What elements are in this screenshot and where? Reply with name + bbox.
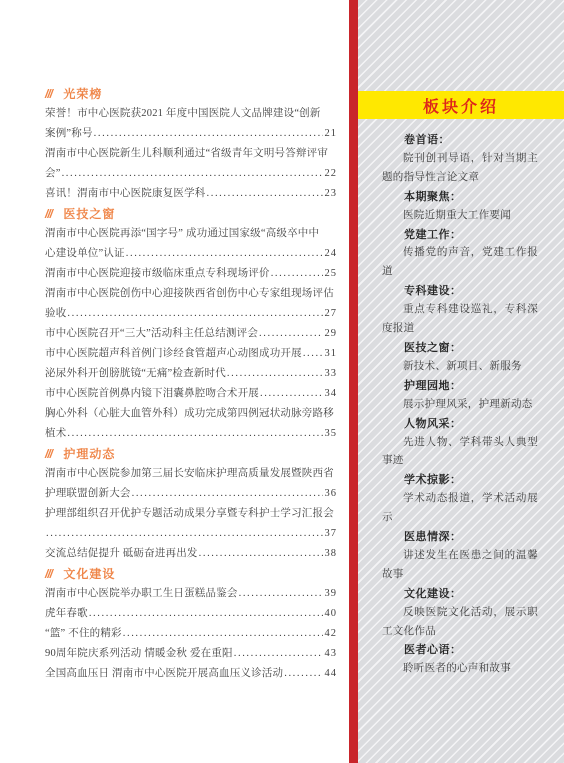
toc-dot-leader: ........................................…	[199, 544, 323, 564]
toc-section: /// 文化建设 渭南市中心医院举办职工生日蛋糕品鉴会 ............…	[45, 564, 337, 684]
toc-line-page: 44	[325, 664, 338, 684]
panel-item-title: 医技之窗：	[382, 339, 538, 358]
toc-section-lines: 渭南市中心医院举办职工生日蛋糕品鉴会 .....................…	[45, 584, 337, 684]
panel-item: 本期聚焦： 医院近期重大工作要闻	[382, 188, 538, 226]
toc-line: 90周年院庆系列活动 情暖金秋 爱在重阳 ...................…	[45, 644, 337, 664]
toc-line-page: 35	[325, 424, 338, 444]
toc-line: 渭南市中心医院参加第三届长安临床护理高质量发展暨陕西省	[45, 464, 337, 484]
toc-line-page: 42	[325, 624, 338, 644]
toc-line: 泌尿外科开创膀胱镜“无痛”检查新时代 .....................…	[45, 364, 337, 384]
toc-line-page: 29	[325, 324, 338, 344]
toc-dot-leader: ........................................…	[284, 664, 322, 684]
panel-item: 卷首语： 院刊创刊导语，针对当期主题的指导性言论文章	[382, 131, 538, 188]
toc-line-page: 25	[325, 264, 338, 284]
panel-item: 专科建设： 重点专科建设巡礼，专科深度报道	[382, 282, 538, 339]
panel-item-desc: 学术动态报道，学术活动展示	[382, 490, 538, 528]
toc-line: 护理联盟创新大会 ...............................…	[45, 484, 337, 504]
toc-line: 市中心医院召开“三大”活动科主任总结测评会 ..................…	[45, 324, 337, 344]
panel-item: 文化建设： 反映医院文化活动，展示职工文化作品	[382, 585, 538, 642]
toc-line: 渭南市中心医院再添“国字号” 成功通过国家级“高级卒中中	[45, 224, 337, 244]
toc-dot-leader: ........................................…	[67, 424, 322, 444]
toc-line-page: 22	[325, 164, 338, 184]
panel-item: 护理园地： 展示护理风采，护理新动态	[382, 377, 538, 415]
toc-line-text: 验收	[45, 304, 66, 324]
toc-section: /// 光荣榜 荣誉！市中心医院获2021 年度中国医院人文品牌建设“创新 案例…	[45, 84, 337, 204]
toc-dot-leader: ........................................…	[89, 604, 323, 624]
toc-line: 会” .....................................…	[45, 164, 337, 184]
toc-dot-leader: ........................................…	[46, 524, 323, 544]
toc-line: 渭南市中心医院创伤中心迎接陕西省创伤中心专家组现场评估	[45, 284, 337, 304]
toc-line-text: 案例”称号	[45, 124, 93, 144]
panel-item-desc: 聆听医者的心声和故事	[382, 660, 538, 679]
toc-dot-leader: ........................................…	[271, 264, 323, 284]
toc-section-header: /// 护理动态	[45, 444, 337, 464]
toc-line-page: 38	[325, 544, 338, 564]
toc-dot-leader: ........................................…	[67, 304, 322, 324]
toc-dot-leader: ........................................…	[94, 124, 323, 144]
panel-item: 医患情深： 讲述发生在医患之间的温馨故事	[382, 528, 538, 585]
panel-item-desc: 传播党的声音，党建工作报道	[382, 244, 538, 282]
toc-line-text: 渭南市中心医院参加第三届长安临床护理高质量发展暨陕西省	[45, 464, 334, 484]
toc-line-page: 39	[325, 584, 338, 604]
toc-section-header: /// 文化建设	[45, 564, 337, 584]
panel-item: 医技之窗： 新技术、新项目、新服务	[382, 339, 538, 377]
toc-line-text: 护理联盟创新大会	[45, 484, 131, 504]
panel-item-title: 医患情深：	[382, 528, 538, 547]
panel-item-title: 专科建设：	[382, 282, 538, 301]
panel-item-desc: 展示护理风采，护理新动态	[382, 396, 538, 415]
toc-section: /// 医技之窗 渭南市中心医院再添“国字号” 成功通过国家级“高级卒中中 心建…	[45, 204, 337, 444]
triple-slash-icon: ///	[45, 567, 52, 581]
toc-section-title: 护理动态	[63, 447, 115, 461]
toc-line-text: 虎年春歌	[45, 604, 88, 624]
toc-line-text: 渭南市中心医院创伤中心迎接陕西省创伤中心专家组现场评估	[45, 284, 334, 304]
toc-line-page: 37	[325, 524, 338, 544]
panel-item: 人物风采： 先进人物、学科带头人典型事迹	[382, 415, 538, 472]
toc-section-lines: 渭南市中心医院参加第三届长安临床护理高质量发展暨陕西省 护理联盟创新大会 ...…	[45, 464, 337, 564]
toc-dot-leader: ........................................…	[126, 244, 323, 264]
toc-line-text: 全国高血压日 渭南市中心医院开展高血压义诊活动	[45, 664, 283, 684]
toc-line-text: 荣誉！市中心医院获2021 年度中国医院人文品牌建设“创新	[45, 104, 321, 124]
toc-dot-leader: ........................................…	[260, 384, 323, 404]
toc-line-text: 交流总结促提升 砥砺奋进再出发	[45, 544, 198, 564]
panel-item-desc: 反映医院文化活动，展示职工文化作品	[382, 604, 538, 642]
toc-line-page: 40	[325, 604, 338, 624]
toc-line-text: 泌尿外科开创膀胱镜“无痛”检查新时代	[45, 364, 226, 384]
toc-line: 心建设单位”认证 ...............................…	[45, 244, 337, 264]
toc-line-text: 市中心医院首例鼻内镜下泪囊鼻腔吻合术开展	[45, 384, 259, 404]
triple-slash-icon: ///	[45, 447, 52, 461]
panel-item-title: 文化建设：	[382, 585, 538, 604]
toc-line-text: 市中心医院召开“三大”活动科主任总结测评会	[45, 324, 258, 344]
panel-item-desc: 院刊创刊导语，针对当期主题的指导性言论文章	[382, 150, 538, 188]
toc-dot-leader: ........................................…	[234, 644, 323, 664]
toc-line-text: 会”	[45, 164, 61, 184]
toc-line: 虎年春歌 ...................................…	[45, 604, 337, 624]
toc-line-text: 心建设单位”认证	[45, 244, 125, 264]
side-panel: 板块介绍 卷首语： 院刊创刊导语，针对当期主题的指导性言论文章 本期聚焦： 医院…	[358, 0, 564, 763]
panel-item: 党建工作： 传播党的声音，党建工作报道	[382, 226, 538, 283]
toc-line-text: 喜讯！渭南市中心医院康复医学科	[45, 184, 206, 204]
panel-item-title: 党建工作：	[382, 226, 538, 245]
toc-dot-leader: ........................................…	[123, 624, 323, 644]
toc-section-lines: 荣誉！市中心医院获2021 年度中国医院人文品牌建设“创新 案例”称号 ....…	[45, 104, 337, 204]
toc-section-title: 光荣榜	[63, 87, 102, 101]
toc-line: 渭南市中心医院举办职工生日蛋糕品鉴会 .....................…	[45, 584, 337, 604]
toc-line-page: 23	[325, 184, 338, 204]
toc-line: 渭南市中心医院新生儿科顺利通过“省级青年文明号答辩评审	[45, 144, 337, 164]
panel-item-title: 本期聚焦：	[382, 188, 538, 207]
toc-line: 荣誉！市中心医院获2021 年度中国医院人文品牌建设“创新	[45, 104, 337, 124]
toc-dot-leader: ........................................…	[207, 184, 323, 204]
toc-line: 验收 .....................................…	[45, 304, 337, 324]
toc-line: 胸心外科（心脏大血管外科）成功完成第四例冠状动脉旁路移	[45, 404, 337, 424]
toc-dot-leader: ........................................…	[227, 364, 323, 384]
panel-item-title: 护理园地：	[382, 377, 538, 396]
toc-line-text: 渭南市中心医院再添“国字号” 成功通过国家级“高级卒中中	[45, 224, 319, 244]
toc-line: 全国高血压日 渭南市中心医院开展高血压义诊活动 ................…	[45, 664, 337, 684]
panel-item-title: 卷首语：	[382, 131, 538, 150]
toc-dot-leader: ........................................…	[62, 164, 323, 184]
toc-line-page: 31	[325, 344, 338, 364]
toc-line: 喜讯！渭南市中心医院康复医学科 ........................…	[45, 184, 337, 204]
triple-slash-icon: ///	[45, 207, 52, 221]
toc-dot-leader: ........................................…	[239, 584, 323, 604]
toc-line-text: 护理部组织召开优护专题活动成果分享暨专科护士学习汇报会	[45, 504, 334, 524]
toc-line-text: 胸心外科（心脏大血管外科）成功完成第四例冠状动脉旁路移	[45, 404, 334, 424]
toc: /// 光荣榜 荣誉！市中心医院获2021 年度中国医院人文品牌建设“创新 案例…	[45, 84, 337, 684]
panel-item: 学术掠影： 学术动态报道，学术活动展示	[382, 471, 538, 528]
toc-line-text: “篮” 不住的精彩	[45, 624, 122, 644]
toc-line-page: 34	[325, 384, 338, 404]
toc-line: 案例”称号 ..................................…	[45, 124, 337, 144]
toc-line: 交流总结促提升 砥砺奋进再出发 ........................…	[45, 544, 337, 564]
toc-section-lines: 渭南市中心医院再添“国字号” 成功通过国家级“高级卒中中 心建设单位”认证 ..…	[45, 224, 337, 444]
panel-item-desc: 先进人物、学科带头人典型事迹	[382, 434, 538, 472]
toc-line: 市中心医院首例鼻内镜下泪囊鼻腔吻合术开展 ...................…	[45, 384, 337, 404]
toc-line: 植术 .....................................…	[45, 424, 337, 444]
panel-item-desc: 重点专科建设巡礼，专科深度报道	[382, 301, 538, 339]
toc-line-page: 33	[325, 364, 338, 384]
toc-section-header: /// 医技之窗	[45, 204, 337, 224]
toc-line-text: 渭南市中心医院新生儿科顺利通过“省级青年文明号答辩评审	[45, 144, 328, 164]
toc-line-page: 24	[325, 244, 338, 264]
toc-section-header: /// 光荣榜	[45, 84, 337, 104]
toc-line-text: 市中心医院超声科首例门诊经食管超声心动图成功开展	[45, 344, 302, 364]
triple-slash-icon: ///	[45, 87, 52, 101]
panel-item-title: 人物风采：	[382, 415, 538, 434]
panel-item-desc: 医院近期重大工作要闻	[382, 207, 538, 226]
toc-line-text: 渭南市中心医院迎接市级临床重点专科现场评价	[45, 264, 270, 284]
toc-line-page: 36	[325, 484, 338, 504]
panel-banner-title: 板块介绍	[423, 94, 499, 117]
toc-line: ........................................…	[45, 524, 337, 544]
panel-item-title: 医者心语：	[382, 641, 538, 660]
toc-line: “篮” 不住的精彩 ..............................…	[45, 624, 337, 644]
toc-section-title: 医技之窗	[63, 207, 115, 221]
toc-dot-leader: ........................................…	[303, 344, 323, 364]
panel-content: 卷首语： 院刊创刊导语，针对当期主题的指导性言论文章 本期聚焦： 医院近期重大工…	[382, 131, 538, 679]
toc-dot-leader: ........................................…	[259, 324, 322, 344]
toc-line-page: 21	[325, 124, 338, 144]
panel-banner: 板块介绍	[358, 91, 564, 119]
panel-item: 医者心语： 聆听医者的心声和故事	[382, 641, 538, 679]
toc-line-text: 植术	[45, 424, 66, 444]
toc-dot-leader: ........................................…	[132, 484, 323, 504]
page-background: /// 光荣榜 荣誉！市中心医院获2021 年度中国医院人文品牌建设“创新 案例…	[0, 0, 564, 763]
panel-item-desc: 新技术、新项目、新服务	[382, 358, 538, 377]
toc-section-title: 文化建设	[63, 567, 115, 581]
toc-line: 市中心医院超声科首例门诊经食管超声心动图成功开展 ...............…	[45, 344, 337, 364]
panel-item-title: 学术掠影：	[382, 471, 538, 490]
toc-line: 护理部组织召开优护专题活动成果分享暨专科护士学习汇报会	[45, 504, 337, 524]
toc-line-page: 27	[325, 304, 338, 324]
panel-item-desc: 讲述发生在医患之间的温馨故事	[382, 547, 538, 585]
divider-stripe	[349, 0, 358, 763]
toc-section: /// 护理动态 渭南市中心医院参加第三届长安临床护理高质量发展暨陕西省 护理联…	[45, 444, 337, 564]
toc-line: 渭南市中心医院迎接市级临床重点专科现场评价 ..................…	[45, 264, 337, 284]
toc-line-page: 43	[325, 644, 338, 664]
toc-line-text: 渭南市中心医院举办职工生日蛋糕品鉴会	[45, 584, 238, 604]
toc-line-text: 90周年院庆系列活动 情暖金秋 爱在重阳	[45, 644, 233, 664]
